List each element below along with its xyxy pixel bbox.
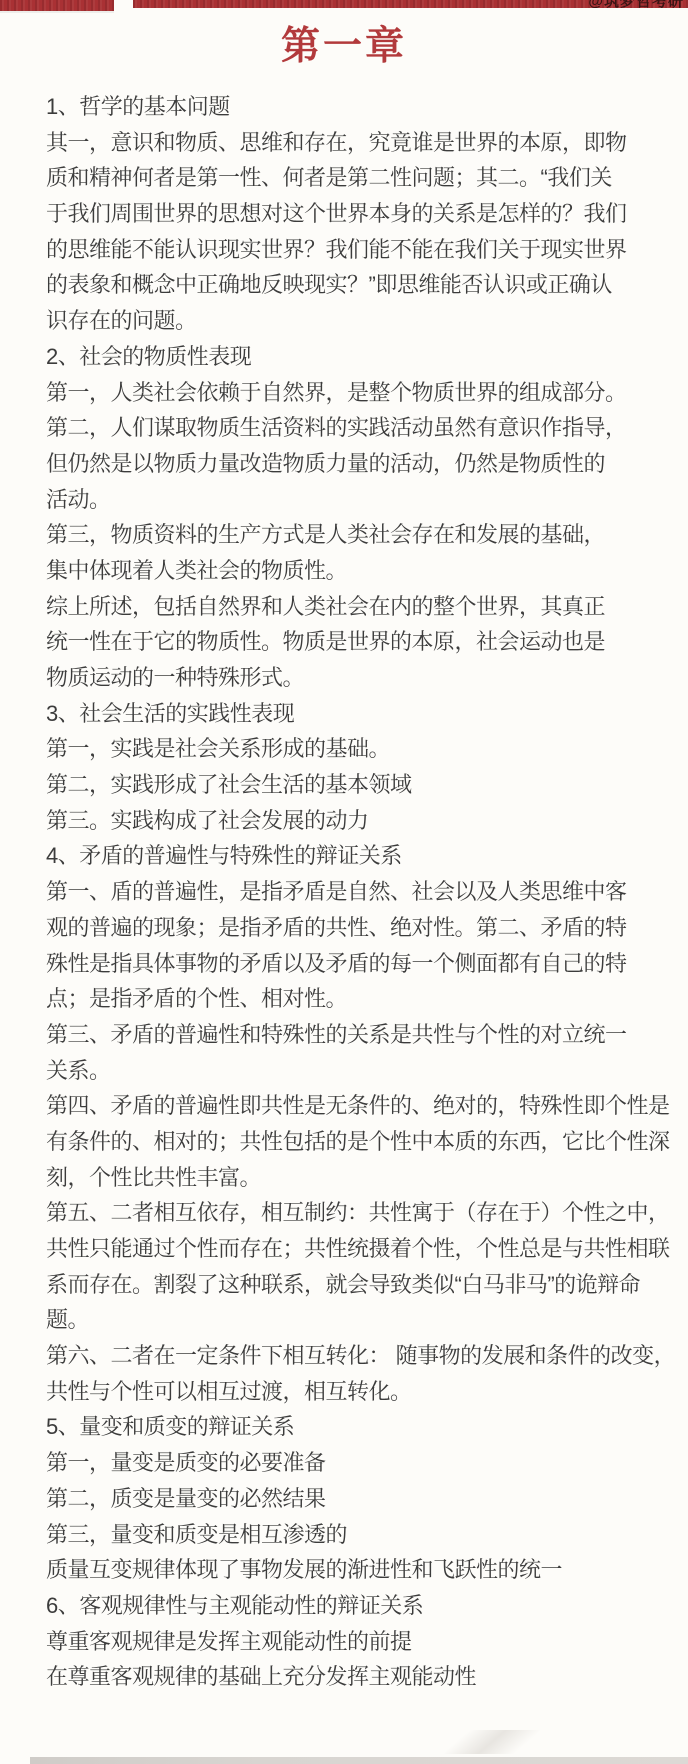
- section-heading: 1、哲学的基本问题: [46, 89, 675, 125]
- text-line: 系而存在。割裂了这种联系，就会导致类似“白马非马”的诡辩命: [46, 1267, 675, 1303]
- text-line: 但仍然是以物质力量改造物质力量的活动，仍然是物质性的: [46, 446, 675, 482]
- top-bar-right-segment: @筑梦哲考研: [133, 0, 688, 8]
- text-line: 第二，实践形成了社会生活的基本领域: [46, 767, 675, 803]
- text-line: 刻，个性比共性丰富。: [46, 1160, 675, 1196]
- text-line: 活动。: [46, 482, 675, 518]
- text-line: 共性只能通过个性而存在；共性统摄着个性，个性总是与共性相联: [46, 1231, 675, 1267]
- text-line: 集中体现着人类社会的物质性。: [46, 553, 675, 589]
- text-line: 尊重客观规律是发挥主观能动性的前提: [46, 1624, 675, 1660]
- section-heading: 6、客观规律性与主观能动性的辩证关系: [46, 1588, 675, 1624]
- text-line: 第三。实践构成了社会发展的动力: [46, 803, 675, 839]
- text-line: 其一，意识和物质、思维和存在，究竟谁是世界的本原，即物: [46, 125, 675, 161]
- text-line: 第五、二者相互依存，相互制约：共性寓于（存在于）个性之中，: [46, 1195, 675, 1231]
- bottom-edge-strip: [30, 1757, 688, 1764]
- text-line: 第一，人类社会依赖于自然界，是整个物质世界的组成部分。: [46, 375, 675, 411]
- text-line: 观的普遍的现象；是指矛盾的共性、绝对性。第二、矛盾的特: [46, 910, 675, 946]
- text-line: 统一性在于它的物质性。物质是世界的本原，社会运动也是: [46, 624, 675, 660]
- text-line: 关系。: [46, 1053, 675, 1089]
- text-line: 第三，物质资料的生产方式是人类社会存在和发展的基础，: [46, 517, 675, 553]
- text-line: 的表象和概念中正确地反映现实？”即思维能否认识或正确认: [46, 267, 675, 303]
- section-heading: 3、社会生活的实践性表现: [46, 696, 675, 732]
- text-line: 第二，质变是量变的必然结果: [46, 1481, 675, 1517]
- text-line: 在尊重客观规律的基础上充分发挥主观能动性: [46, 1659, 675, 1695]
- text-line: 于我们周围世界的思想对这个世界本身的关系是怎样的？我们: [46, 196, 675, 232]
- text-line: 质和精神何者是第一性、何者是第二性问题；其二。“我们关: [46, 160, 675, 196]
- page-fold-decoration: [444, 1730, 541, 1754]
- text-line: 第四、矛盾的普遍性即共性是无条件的、绝对的，特殊性即个性是: [46, 1088, 675, 1124]
- text-line: 有条件的、相对的；共性包括的是个性中本质的东西，它比个性深: [46, 1124, 675, 1160]
- notes-page: @筑梦哲考研 第一章 1、哲学的基本问题其一，意识和物质、思维和存在，究竟谁是世…: [0, 0, 688, 1764]
- text-line: 质量互变规律体现了事物发展的渐进性和飞跃性的统一: [46, 1552, 675, 1588]
- text-line: 第三，量变和质变是相互渗透的: [46, 1517, 675, 1553]
- text-line: 第一、盾的普遍性，是指矛盾是自然、社会以及人类思维中客: [46, 874, 675, 910]
- text-line: 综上所述，包括自然界和人类社会在内的整个世界，其真正: [46, 589, 675, 625]
- top-bar-left-segment: [0, 0, 114, 11]
- text-line: 第六、二者在一定条件下相互转化： 随事物的发展和条件的改变，: [46, 1338, 675, 1374]
- text-line: 第三、矛盾的普遍性和特殊性的关系是共性与个性的对立统一: [46, 1017, 675, 1053]
- text-line: 题。: [46, 1302, 675, 1338]
- section-heading: 5、量变和质变的辩证关系: [46, 1409, 675, 1445]
- text-line: 殊性是指具体事物的矛盾以及矛盾的每一个侧面都有自己的特: [46, 946, 675, 982]
- text-line: 识存在的问题。: [46, 303, 675, 339]
- text-line: 第一，量变是质变的必要准备: [46, 1445, 675, 1481]
- section-heading: 2、社会的物质性表现: [46, 339, 675, 375]
- text-line: 的思维能不能认识现实世界？我们能不能在我们关于现实世界: [46, 232, 675, 268]
- section-heading: 4、矛盾的普遍性与特殊性的辩证关系: [46, 838, 675, 874]
- page-title: 第一章: [0, 24, 688, 70]
- text-line: 第一，实践是社会关系形成的基础。: [46, 731, 675, 767]
- text-line: 第二，人们谋取物质生活资料的实践活动虽然有意识作指导，: [46, 410, 675, 446]
- text-line: 点；是指矛盾的个性、相对性。: [46, 981, 675, 1017]
- text-line: 物质运动的一种特殊形式。: [46, 660, 675, 696]
- content-lines: 1、哲学的基本问题其一，意识和物质、思维和存在，究竟谁是世界的本原，即物质和精神…: [46, 89, 675, 1695]
- text-line: 共性与个性可以相互过渡，相互转化。: [46, 1374, 675, 1410]
- watermark-text: @筑梦哲考研: [588, 0, 684, 8]
